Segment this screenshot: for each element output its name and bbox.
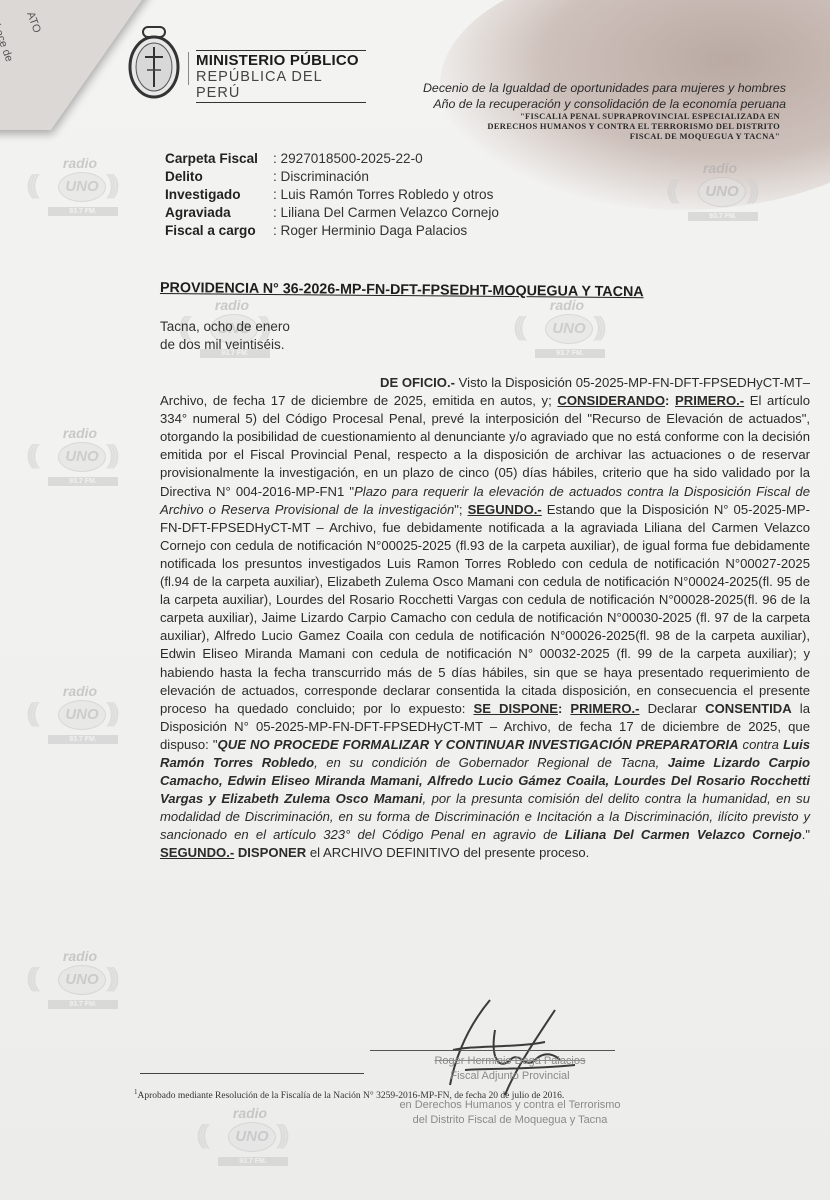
meta-value: : Luis Ramón Torres Robledo y otros [273, 186, 493, 204]
meta-label: Investigado [165, 186, 273, 204]
footnote-text: Aprobado mediante Resolución de la Fisca… [138, 1091, 565, 1101]
primero-label: PRIMERO.- [570, 701, 639, 716]
meta-label: Fiscal a cargo [165, 222, 273, 240]
fiscalia-line: DERECHOS HUMANOS Y CONTRA EL TERRORISMO … [487, 121, 780, 131]
fiscalia-name: "FISCALIA PENAL SUPRAPROVINCIAL ESPECIAL… [487, 111, 780, 141]
meta-value: : 2927018500-2025-22-0 [273, 150, 423, 168]
document-date: Tacna, ocho de enero de dos mil veintisé… [160, 318, 290, 354]
meta-row-investigado: Investigado: Luis Ramón Torres Robledo y… [165, 186, 499, 204]
considerando-label: CONSIDERANDO [557, 393, 665, 408]
signer-name: Roger Herminio Daga Palacios [360, 1054, 660, 1069]
signer-office-line-2: del Distrito Fiscal de Moquegua y Tacna [360, 1113, 660, 1128]
primero-label: PRIMERO.- [675, 393, 744, 408]
underlying-text-line: ATO [24, 10, 56, 72]
disponer-label: DISPONER [234, 845, 306, 860]
se-dispone-label: SE DISPONE [473, 701, 557, 716]
resolution-text: QUE NO PROCEDE FORMALIZAR Y CONTINUAR IN… [218, 737, 739, 752]
meta-label: Agraviada [165, 204, 273, 222]
document-body: DE OFICIO.- Visto la Disposición 05-2025… [160, 374, 810, 863]
meta-value: : Liliana Del Carmen Velazco Cornejo [273, 204, 499, 222]
signature-line [370, 1050, 615, 1051]
consentida-label: CONSENTIDA [705, 701, 792, 716]
peru-coat-of-arms-seal [127, 25, 181, 100]
fiscalia-line: "FISCALIA PENAL SUPRAPROVINCIAL ESPECIAL… [487, 111, 780, 121]
fiscalia-line: FISCAL DE MOQUEGUA Y TACNA" [487, 131, 780, 141]
body-text: "; [454, 502, 467, 517]
body-text: Declarar [640, 701, 706, 716]
underlying-text-line: hace de [0, 23, 23, 85]
meta-row-agraviada: Agraviada: Liliana Del Carmen Velazco Co… [165, 204, 499, 222]
meta-value: : Discriminación [273, 168, 369, 186]
header-decenio: Decenio de la Igualdad de oportunidades … [423, 80, 786, 112]
body-text: contra [738, 737, 783, 752]
date-line-2: de dos mil veintiséis. [160, 336, 290, 354]
anio-line: Año de la recuperación y consolidación d… [423, 96, 786, 112]
institution-name: MINISTERIO PÚBLICO [196, 50, 366, 69]
meta-label: Delito [165, 168, 273, 186]
meta-label: Carpeta Fiscal [165, 150, 273, 168]
body-text: : [665, 393, 675, 408]
body-text: , en su condición de Gobernador Regional… [314, 755, 668, 770]
meta-value: : Roger Herminio Daga Palacios [273, 222, 467, 240]
meta-row-carpeta: Carpeta Fiscal: 2927018500-2025-22-0 [165, 150, 499, 168]
decenio-line: Decenio de la Igualdad de oportunidades … [423, 80, 786, 96]
body-text: ." [802, 827, 810, 842]
body-text: Estando que la Disposición N° 05-2025-MP… [160, 502, 810, 716]
meta-row-delito: Delito: Discriminación [165, 168, 499, 186]
de-oficio-label: DE OFICIO.- [380, 375, 455, 390]
aggrieved-name: Liliana Del Carmen Velazco Cornejo [565, 827, 802, 842]
institution-logo-text: MINISTERIO PÚBLICO REPÚBLICA DEL PERÚ [196, 50, 366, 103]
footnote-divider [140, 1073, 364, 1074]
body-text: el ARCHIVO DEFINITIVO del presente proce… [306, 845, 589, 860]
signer-role: Fiscal Adjunto Provincial [360, 1069, 660, 1084]
meta-row-fiscal: Fiscal a cargo: Roger Herminio Daga Pala… [165, 222, 499, 240]
footnote: 1Aprobado mediante Resolución de la Fisc… [134, 1088, 564, 1101]
case-metadata: Carpeta Fiscal: 2927018500-2025-22-0 Del… [165, 150, 499, 240]
segundo-label: SEGUNDO.- [160, 845, 234, 860]
header-divider [188, 52, 189, 85]
body-paragraph: DE OFICIO.- Visto la Disposición 05-2025… [160, 374, 810, 863]
institution-country: REPÚBLICA DEL PERÚ [196, 69, 366, 103]
segundo-label: SEGUNDO.- [468, 502, 542, 517]
date-line-1: Tacna, ocho de enero [160, 318, 290, 336]
